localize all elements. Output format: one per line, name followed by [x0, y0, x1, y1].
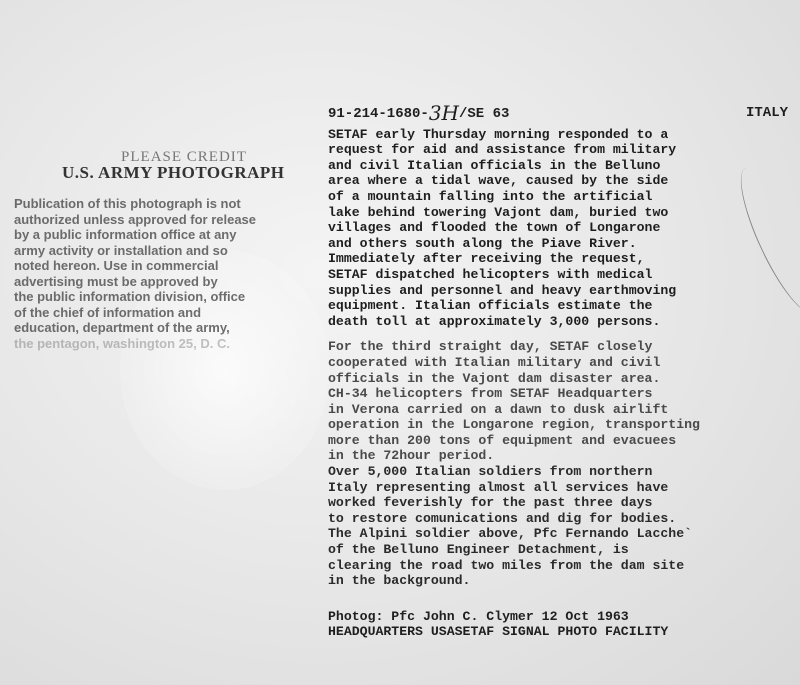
notice-line: Publication of this photograph is not: [14, 196, 314, 212]
caption-text: 91-214-1680-3H/SE 63 ITALY SETAF early T…: [328, 106, 788, 640]
notice-line: the public information division, office: [14, 289, 314, 305]
text-line: Italy representing almost all services h…: [328, 480, 788, 496]
reference-prefix: 91-214-1680-: [328, 106, 429, 122]
notice-line: noted hereon. Use in commercial: [14, 258, 314, 274]
credit-stamp: PLEASE CREDIT U.S. ARMY PHOTOGRAPH Publi…: [14, 150, 314, 351]
text-line: of the Belluno Engineer Detachment, is: [328, 542, 788, 558]
text-line: equipment. Italian officials estimate th…: [328, 298, 788, 314]
text-line: villages and flooded the town of Longaro…: [328, 220, 788, 236]
text-line: request for aid and assistance from mili…: [328, 142, 788, 158]
reference-number: 91-214-1680-3H/SE 63: [328, 106, 509, 123]
text-line: SETAF early Thursday morning responded t…: [328, 127, 788, 143]
signature-block: Photog: Pfc John C. Clymer 12 Oct 1963 H…: [328, 609, 788, 640]
photo-caption-sheet: PLEASE CREDIT U.S. ARMY PHOTOGRAPH Publi…: [0, 0, 800, 685]
text-line: area where a tidal wave, caused by the s…: [328, 173, 788, 189]
text-line: of a mountain falling into the artificia…: [328, 189, 788, 205]
notice-line: army activity or installation and so: [14, 243, 314, 259]
text-line: in the 72hour period.: [328, 448, 788, 464]
text-line: CH-34 helicopters from SETAF Headquarter…: [328, 386, 788, 402]
text-line: officials in the Vajont dam disaster are…: [328, 371, 788, 387]
text-line: For the third straight day, SETAF closel…: [328, 339, 788, 355]
paragraph-soldiers: Over 5,000 Italian soldiers from norther…: [328, 464, 788, 589]
paragraph-airlift: For the third straight day, SETAF closel…: [328, 339, 788, 464]
text-line: more than 200 tons of equipment and evac…: [328, 433, 788, 449]
notice-line: advertising must be approved by: [14, 274, 314, 290]
caption-header: 91-214-1680-3H/SE 63 ITALY: [328, 106, 788, 123]
text-line: Immediately after receiving the request,: [328, 251, 788, 267]
text-line: supplies and personnel and heavy earthmo…: [328, 283, 788, 299]
army-photograph-line: U.S. ARMY PHOTOGRAPH: [62, 164, 314, 182]
text-line: Over 5,000 Italian soldiers from norther…: [328, 464, 788, 480]
country-label: ITALY: [746, 106, 788, 123]
text-line: and civil Italian officials in the Bellu…: [328, 158, 788, 174]
notice-line: authorized unless approved for release: [14, 212, 314, 228]
publication-notice: Publication of this photograph is not au…: [14, 196, 314, 351]
notice-line: of the chief of information and: [14, 305, 314, 321]
photographer-credit: Photog: Pfc John C. Clymer 12 Oct 1963: [328, 609, 788, 625]
text-line: The Alpini soldier above, Pfc Fernando L…: [328, 526, 788, 542]
notice-line: by a public information office at any: [14, 227, 314, 243]
facility-name: HEADQUARTERS USASETAF SIGNAL PHOTO FACIL…: [328, 624, 788, 640]
text-line: operation in the Longarone region, trans…: [328, 417, 788, 433]
text-line: death toll at approximately 3,000 person…: [328, 314, 788, 330]
text-line: worked feverishly for the past three day…: [328, 495, 788, 511]
text-line: cooperated with Italian military and civ…: [328, 355, 788, 371]
please-credit-line: PLEASE CREDIT: [54, 150, 314, 164]
text-line: in Verona carried on a dawn to dusk airl…: [328, 402, 788, 418]
paragraph-initial-response: SETAF early Thursday morning responded t…: [328, 127, 788, 330]
reference-suffix: /SE 63: [459, 106, 509, 122]
text-line: in the background.: [328, 573, 788, 589]
text-line: SETAF dispatched helicopters with medica…: [328, 267, 788, 283]
text-line: and others south along the Piave River.: [328, 236, 788, 252]
handwritten-mark: 3H: [429, 101, 459, 125]
text-line: to restore comunications and dig for bod…: [328, 511, 788, 527]
text-line: clearing the road two miles from the dam…: [328, 558, 788, 574]
notice-line: the pentagon, washington 25, D. C.: [14, 336, 314, 352]
notice-line: education, department of the army,: [14, 320, 314, 336]
text-line: lake behind towering Vajont dam, buried …: [328, 205, 788, 221]
